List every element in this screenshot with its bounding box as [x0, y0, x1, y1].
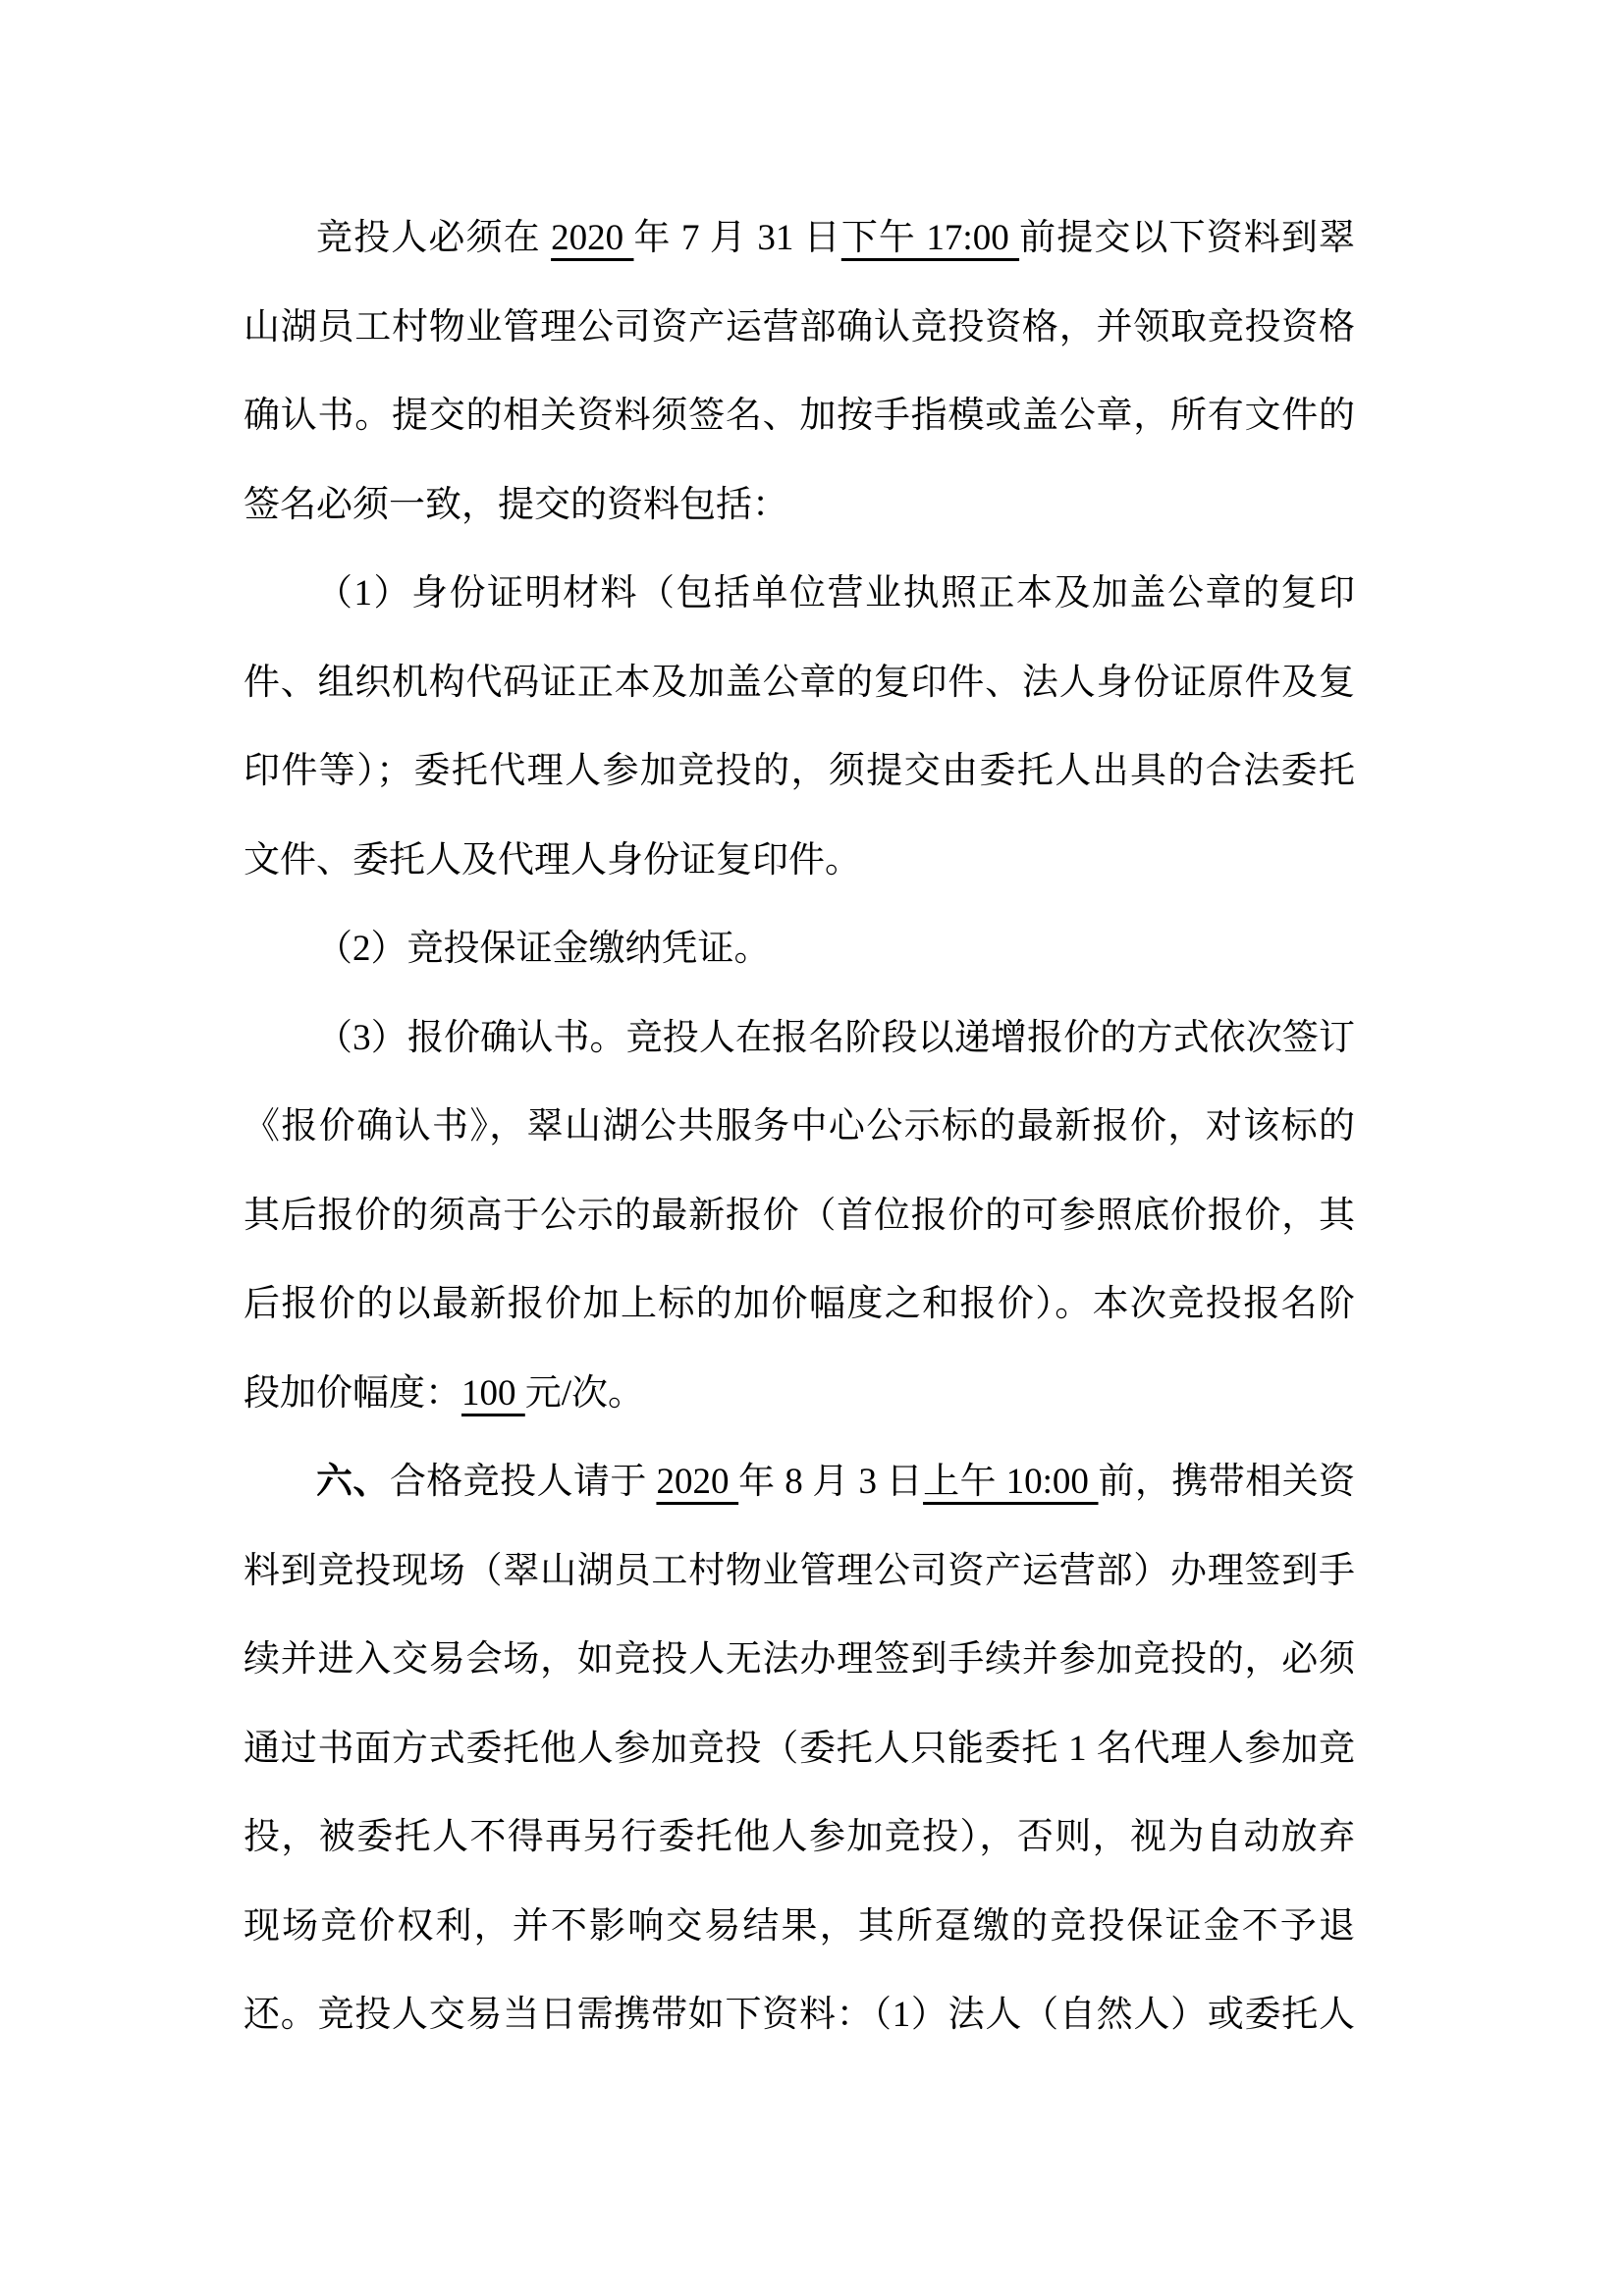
text-run: 竞投人必须在: [316, 218, 551, 258]
text-line: （3）报价确认书。竞投人在报名阶段以递增报价的方式依次签订: [244, 994, 1355, 1084]
text-line: 续并进入交易会场，如竞投人无法办理签到手续并参加竞投的，必须: [244, 1616, 1355, 1705]
text-run: 《报价确认书》，翠山湖公共服务中心公示标的最新报价，对该标的: [244, 1106, 1355, 1147]
underlined-text: 100: [461, 1373, 525, 1414]
text-run: （2）竞投保证金缴纳凭证。: [316, 929, 771, 969]
text-line: 后报价的以最新报价加上标的加价幅度之和报价）。本次竞投报名阶: [244, 1260, 1355, 1350]
text-run: 元/次。: [525, 1373, 644, 1414]
text-line: （2）竞投保证金缴纳凭证。: [244, 905, 1355, 994]
text-run: 其后报价的须高于公示的最新报价（首位报价的可参照底价报价，其: [244, 1196, 1355, 1236]
text-line: 料到竞投现场（翠山湖员工村物业管理公司资产运营部）办理签到手: [244, 1527, 1355, 1617]
text-run: 确认书。提交的相关资料须签名、加按手指模或盖公章，所有文件的: [244, 396, 1355, 436]
text-line: 其后报价的须高于公示的最新报价（首位报价的可参照底价报价，其: [244, 1172, 1355, 1261]
text-line: 还。竞投人交易当日需携带如下资料：（1）法人（自然人）或委托人: [244, 1971, 1355, 2060]
text-run: 段加价幅度：: [244, 1373, 461, 1414]
text-run: 现场竞价权利，并不影响交易结果，其所趸缴的竞投保证金不予退: [244, 1906, 1355, 1947]
text-run: （3）报价确认书。竞投人在报名阶段以递增报价的方式依次签订: [316, 1018, 1355, 1058]
text-run: （1）身份证明材料（包括单位营业执照正本及加盖公章的复印: [316, 573, 1355, 614]
text-run: 通过书面方式委托他人参加竞投（委托人只能委托 1 名代理人参加竞: [244, 1729, 1355, 1769]
underlined-text: 2020: [551, 218, 633, 258]
text-line: 文件、委托人及代理人身份证复印件。: [244, 817, 1355, 906]
text-run: 合格竞投人请于: [390, 1462, 657, 1502]
underlined-text: 下午 17:00: [841, 218, 1019, 258]
text-line: （1）身份证明材料（包括单位营业执照正本及加盖公章的复印: [244, 550, 1355, 639]
text-run: 后报价的以最新报价加上标的加价幅度之和报价）。本次竞投报名阶: [244, 1284, 1355, 1324]
text-line: 件、组织机构代码证正本及加盖公章的复印件、法人身份证原件及复: [244, 639, 1355, 728]
document-body: 竞投人必须在 2020 年 7 月 31 日下午 17:00 前提交以下资料到翠…: [244, 194, 1355, 2060]
text-run: 还。竞投人交易当日需携带如下资料：（1）法人（自然人）或委托人: [244, 1995, 1355, 2035]
text-run: 续并进入交易会场，如竞投人无法办理签到手续并参加竞投的，必须: [244, 1639, 1355, 1680]
text-run: 年 8 月 3 日: [738, 1462, 923, 1502]
text-run: 料到竞投现场（翠山湖员工村物业管理公司资产运营部）办理签到手: [244, 1551, 1355, 1591]
underlined-text: 2020: [656, 1462, 738, 1502]
text-run: 投，被委托人不得再另行委托他人参加竞投），否则，视为自动放弃: [244, 1817, 1355, 1857]
text-line: 印件等）；委托代理人参加竞投的，须提交由委托人出具的合法委托: [244, 727, 1355, 817]
text-line: 投，被委托人不得再另行委托他人参加竞投），否则，视为自动放弃: [244, 1793, 1355, 1883]
text-line: 现场竞价权利，并不影响交易结果，其所趸缴的竞投保证金不予退: [244, 1883, 1355, 1972]
bold-text: 六、: [316, 1462, 390, 1502]
text-line: 山湖员工村物业管理公司资产运营部确认竞投资格，并领取竞投资格: [244, 284, 1355, 373]
text-line: 段加价幅度：100 元/次。: [244, 1350, 1355, 1439]
text-run: 前提交以下资料到翠: [1019, 218, 1355, 258]
text-run: 山湖员工村物业管理公司资产运营部确认竞投资格，并领取竞投资格: [244, 307, 1355, 347]
text-line: 确认书。提交的相关资料须签名、加按手指模或盖公章，所有文件的: [244, 372, 1355, 461]
underlined-text: 上午 10:00: [923, 1462, 1098, 1502]
text-line: 六、合格竞投人请于 2020 年 8 月 3 日上午 10:00 前，携带相关资: [244, 1438, 1355, 1527]
text-run: 年 7 月 31 日: [633, 218, 840, 258]
text-line: 签名必须一致，提交的资料包括：: [244, 461, 1355, 551]
text-run: 件、组织机构代码证正本及加盖公章的复印件、法人身份证原件及复: [244, 663, 1355, 703]
text-line: 竞投人必须在 2020 年 7 月 31 日下午 17:00 前提交以下资料到翠: [244, 194, 1355, 284]
text-run: 印件等）；委托代理人参加竞投的，须提交由委托人出具的合法委托: [244, 751, 1355, 791]
text-run: 签名必须一致，提交的资料包括：: [244, 485, 788, 525]
text-line: 《报价确认书》，翠山湖公共服务中心公示标的最新报价，对该标的: [244, 1083, 1355, 1172]
text-run: 前，携带相关资: [1099, 1462, 1356, 1502]
text-line: 通过书面方式委托他人参加竞投（委托人只能委托 1 名代理人参加竞: [244, 1705, 1355, 1794]
document-page: 竞投人必须在 2020 年 7 月 31 日下午 17:00 前提交以下资料到翠…: [0, 0, 1624, 2296]
text-run: 文件、委托人及代理人身份证复印件。: [244, 840, 861, 881]
